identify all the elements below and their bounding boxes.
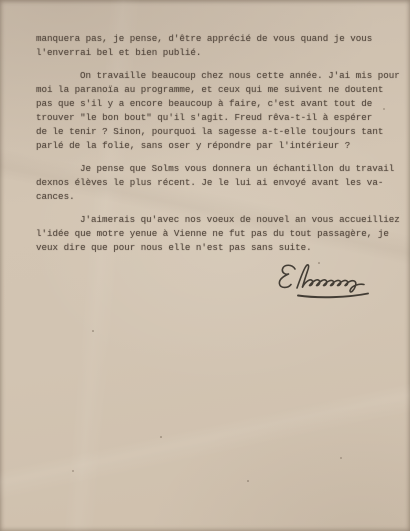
letter-paragraph: Je pense que Solms vous donnera un échan…: [36, 162, 398, 204]
letter-line: pas que s'il y a encore beaucoup à faire…: [36, 98, 372, 109]
letter-paragraph: J'aimerais qu'avec nos voeux de nouvel a…: [36, 213, 398, 255]
letter-line: l'enverrai bel et bien publié.: [36, 47, 201, 58]
handwritten-signature: [274, 257, 380, 303]
signature-strokes: [274, 257, 380, 303]
letter-line: cances.: [36, 191, 75, 202]
letter-line: J'aimerais qu'avec nos voeux de nouvel a…: [36, 214, 400, 225]
letter-line: moi la paranoïa au programme, et ceux qu…: [36, 84, 383, 95]
letter-page: manquera pas, je pense, d'être apprécié …: [0, 0, 410, 531]
letter-line: dexnos élèves le plus récent. Je le lui …: [36, 177, 383, 188]
letter-line: de le tenir ? Sinon, pourquoi la sagesse…: [36, 126, 383, 137]
paper-speck: [72, 470, 74, 472]
paper-speck: [340, 457, 342, 459]
letter-line: Je pense que Solms vous donnera un échan…: [36, 163, 394, 174]
letter-line: manquera pas, je pense, d'être apprécié …: [36, 33, 372, 44]
letter-paragraph: On travaille beaucoup chez nous cette an…: [36, 69, 398, 153]
letter-line: parlé de la folie, sans oser y répondre …: [36, 140, 350, 151]
paper-speck: [160, 436, 162, 438]
letter-line: veux dire que pour nous elle n'est pas s…: [36, 242, 312, 253]
letter-body: manquera pas, je pense, d'être apprécié …: [36, 32, 398, 264]
letter-paragraph: manquera pas, je pense, d'être apprécié …: [36, 32, 398, 60]
letter-line: trouver "le bon bout" qu'il s'agit. Freu…: [36, 112, 372, 123]
letter-line: l'idée que motre yenue à Vienne ne fut p…: [36, 228, 389, 239]
letter-line: On travaille beaucoup chez nous cette an…: [36, 70, 400, 81]
paper-speck: [92, 330, 94, 332]
paper-speck: [247, 480, 249, 482]
